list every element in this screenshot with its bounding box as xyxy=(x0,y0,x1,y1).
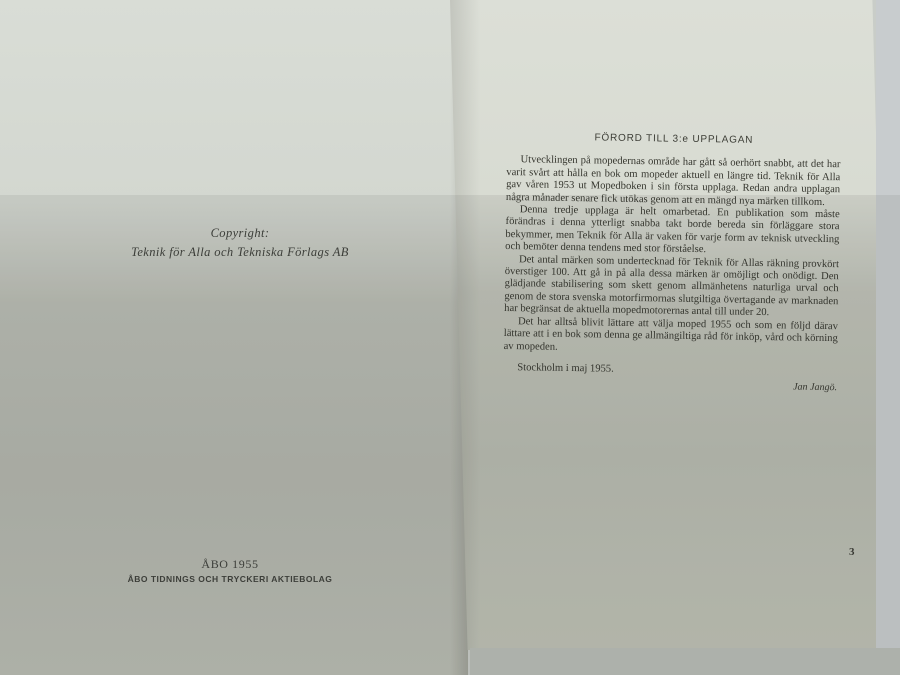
imprint-city-year: ÅBO 1955 xyxy=(105,557,355,572)
left-page: Copyright: Teknik för Alla och Tekniska … xyxy=(0,0,468,675)
preface: FÖRORD TILL 3:e UPPLAGAN Utvecklingen på… xyxy=(503,131,841,395)
preface-paragraph: Utvecklingen på mopedernas område har gå… xyxy=(506,154,841,209)
background-strip xyxy=(470,648,900,675)
preface-paragraph: Det har alltså blivit lättare att välja … xyxy=(504,316,839,358)
page-number: 3 xyxy=(849,546,855,558)
background-edge xyxy=(876,0,900,675)
place-date: Stockholm i maj 1955. xyxy=(503,362,837,380)
preface-paragraph: Denna tredje upplaga är helt omarbetad. … xyxy=(505,204,840,259)
preface-paragraph: Det antal märken som undertecknad för Te… xyxy=(504,254,839,321)
copyright-holder: Teknik för Alla och Tekniska Förlags AB xyxy=(105,243,375,262)
imprint-printer: ÅBO TIDNINGS OCH TRYCKERI AKTIEBOLAG xyxy=(105,572,355,586)
copyright-label: Copyright: xyxy=(105,224,375,243)
imprint: ÅBO 1955 ÅBO TIDNINGS OCH TRYCKERI AKTIE… xyxy=(105,557,355,586)
copyright-notice: Copyright: Teknik för Alla och Tekniska … xyxy=(105,224,375,262)
open-book: Copyright: Teknik för Alla och Tekniska … xyxy=(0,0,900,675)
